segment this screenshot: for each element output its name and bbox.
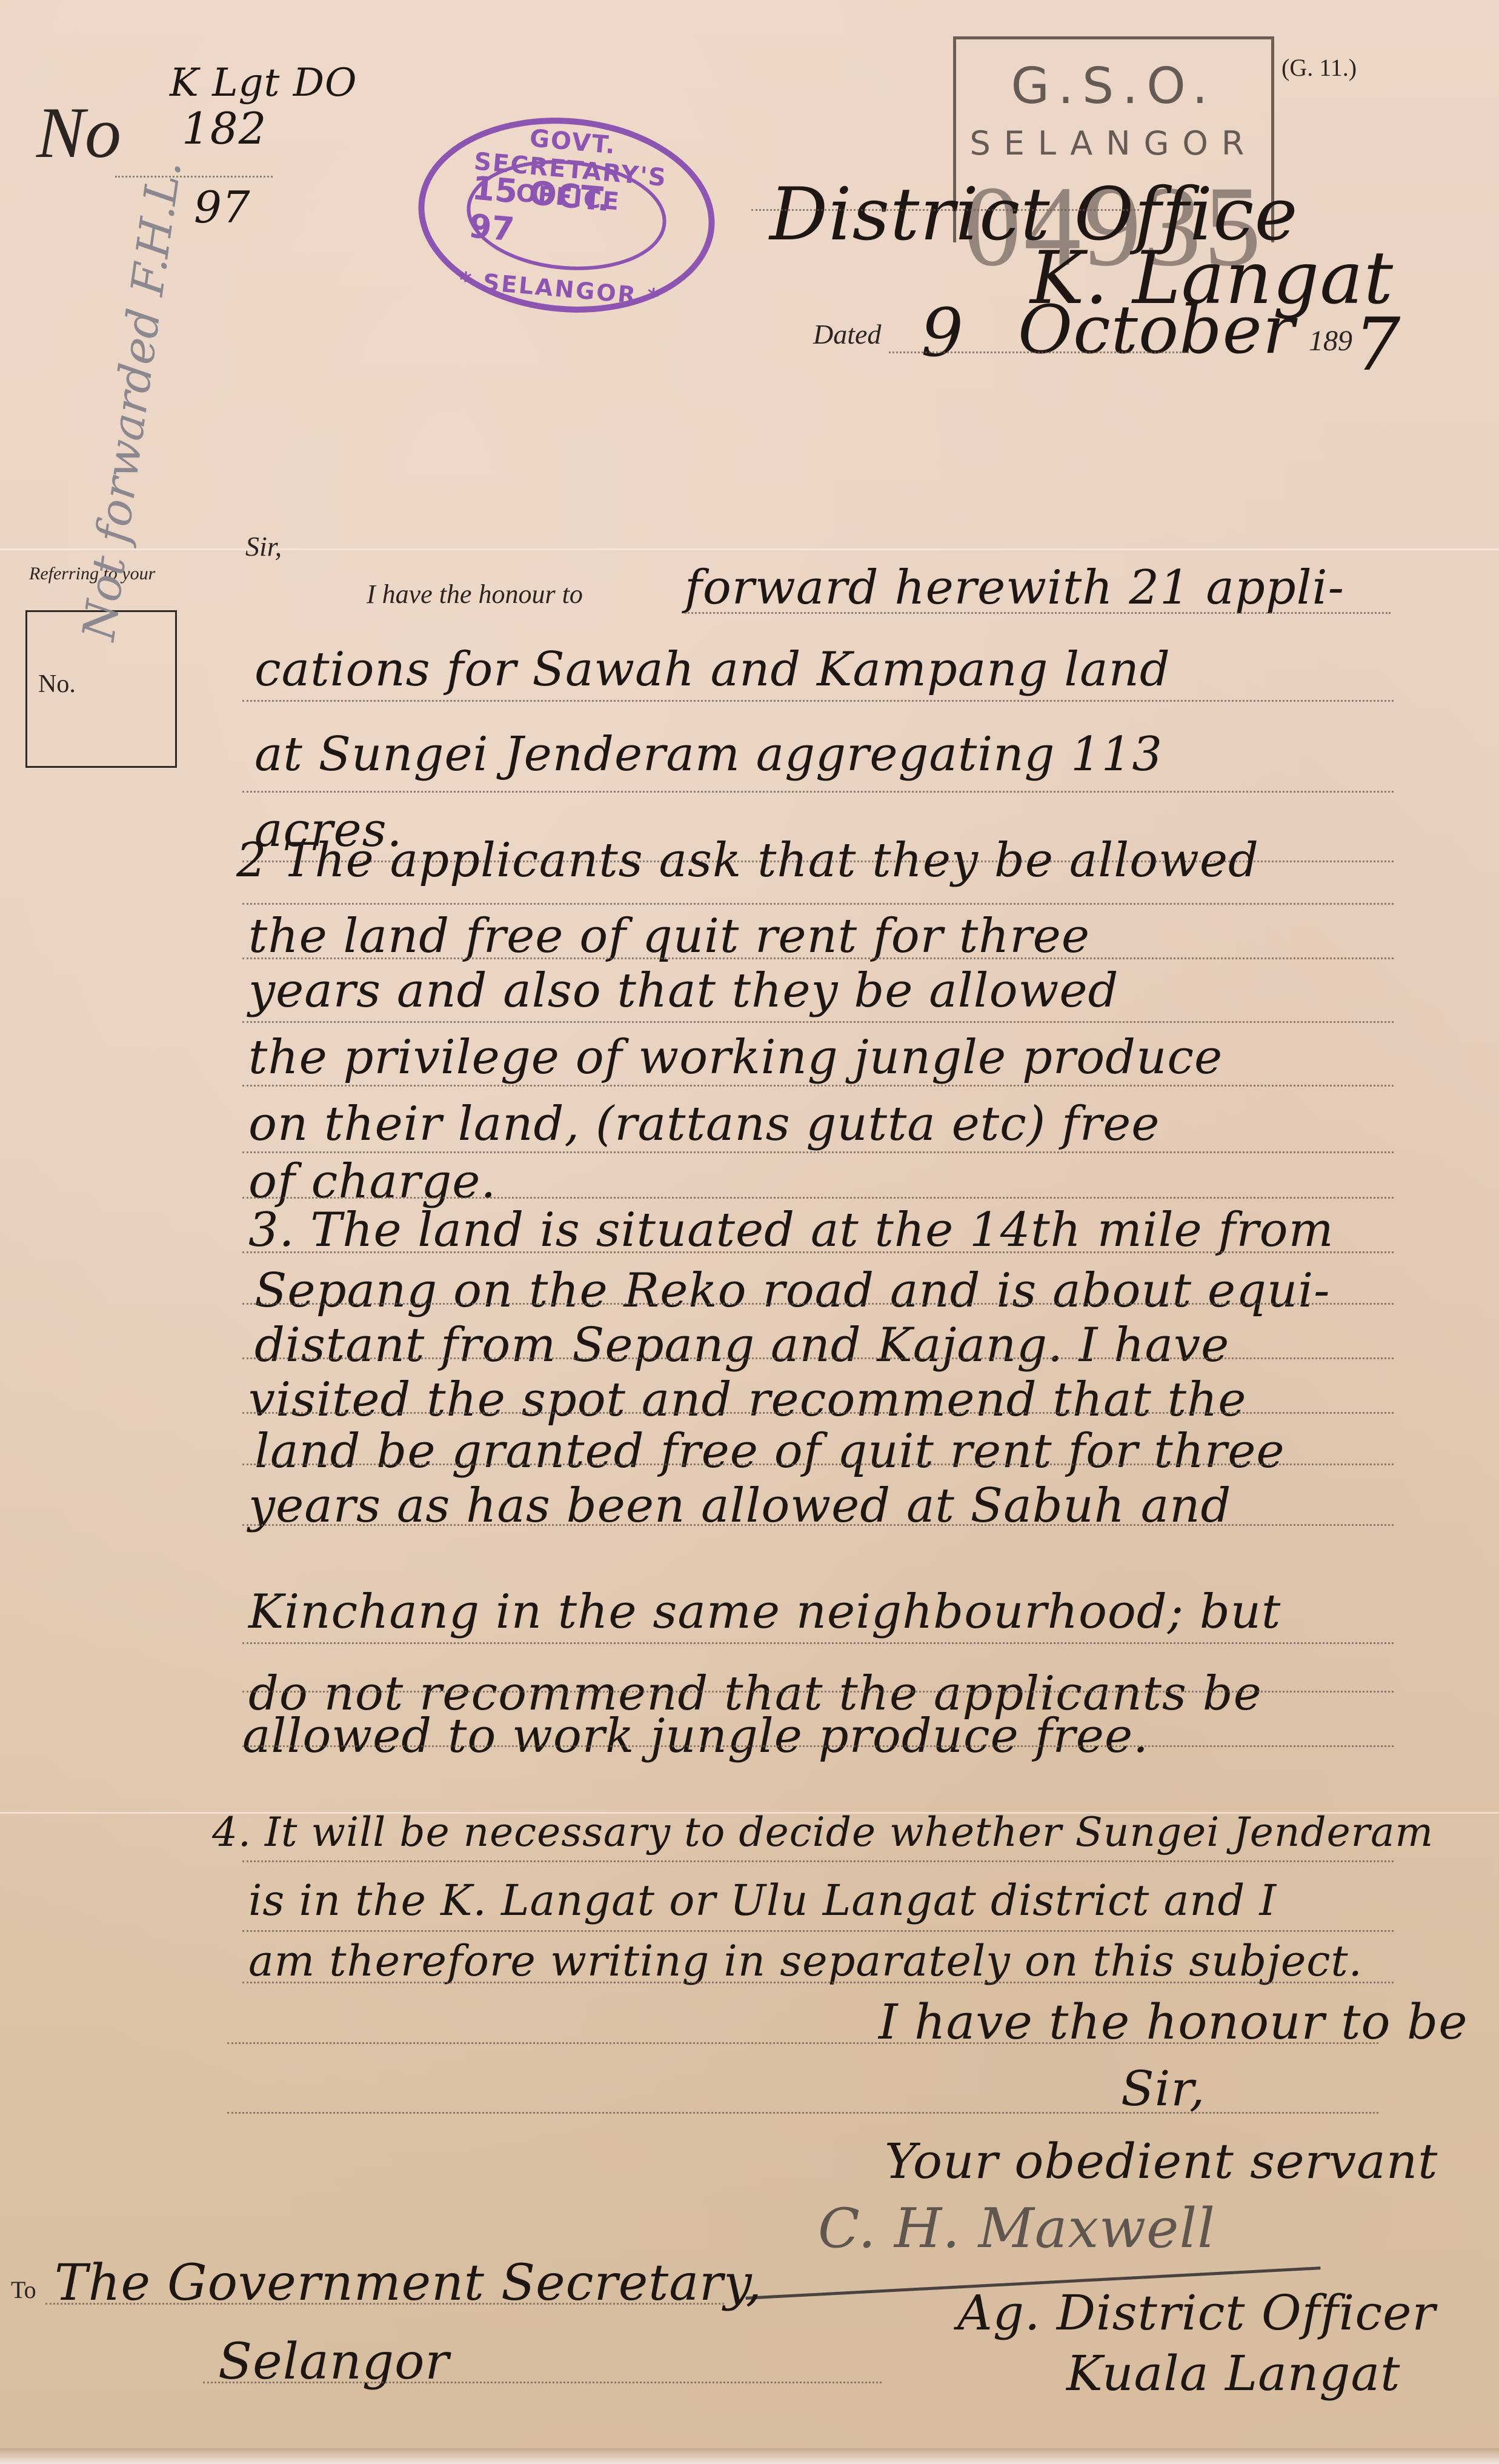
- body-line: of charge.: [248, 1154, 496, 1209]
- ruled-line: [242, 791, 1394, 793]
- body-line: forward herewith 21 appli-: [685, 561, 1344, 615]
- ruled-line: [685, 612, 1391, 614]
- body-line: 4. It will be necessary to decide whethe…: [212, 1809, 1434, 1856]
- ruled-line: [242, 1303, 1394, 1305]
- ref-no-label: No.: [38, 670, 76, 699]
- ruled-line: [45, 2303, 724, 2305]
- ruled-line: [242, 1860, 1394, 1862]
- date-year-handwritten: 7: [1354, 303, 1401, 387]
- officer-place: Kuala Langat: [1066, 2345, 1400, 2402]
- form-code: (G. 11.): [1281, 53, 1357, 82]
- ruled-line: [242, 1691, 1394, 1693]
- ruled-line: [242, 1357, 1394, 1359]
- closing-sir: Sir,: [1121, 2060, 1205, 2117]
- ruled-line: [242, 957, 1394, 959]
- ruled-line: [203, 2382, 882, 2383]
- ruled-line: [242, 1524, 1394, 1526]
- reference-numerator: 182: [182, 103, 267, 154]
- date-year-printed: 189: [1309, 324, 1352, 358]
- ruled-line: [242, 1982, 1394, 1983]
- body-line: 2 The applicants ask that they be allowe…: [236, 833, 1259, 888]
- body-line: years and also that they be allowed: [248, 964, 1118, 1018]
- address-line: [751, 209, 1139, 211]
- ruled-line: [242, 1642, 1394, 1644]
- ruled-line: [242, 903, 1394, 905]
- ruled-line: [227, 2112, 1378, 2114]
- signature: C. H. Maxwell: [818, 2197, 1215, 2260]
- registry-subtitle: SELANGOR: [956, 124, 1271, 162]
- ruled-line: [242, 700, 1394, 702]
- body-line: Kinchang in the same neighbourhood; but: [248, 1585, 1281, 1639]
- ruled-line: [242, 1085, 1394, 1087]
- officer-title: Ag. District Officer: [957, 2285, 1436, 2341]
- ruled-line: [242, 1930, 1394, 1932]
- registry-title: G.S.O.: [956, 58, 1271, 115]
- body-line: on their land, (rattans gutta etc) free: [248, 1097, 1160, 1151]
- ruled-line: [242, 1021, 1394, 1023]
- salutation: Sir,: [245, 530, 282, 562]
- reference-annotation: K Lgt DO: [170, 61, 357, 105]
- ruled-line: [242, 1197, 1394, 1199]
- ruled-line: [242, 1463, 1394, 1465]
- date-day: 9: [921, 294, 964, 371]
- ruled-line: [242, 1251, 1394, 1253]
- reference-denominator: 97: [194, 182, 251, 233]
- stamp-date: 15 OCT. 97: [467, 168, 666, 261]
- body-line: land be granted free of quit rent for th…: [254, 1424, 1285, 1479]
- ruled-line: [242, 1412, 1394, 1414]
- body-line: the land free of quit rent for three: [248, 909, 1090, 964]
- dated-label: Dated: [813, 318, 881, 350]
- received-stamp: GOVT. SECRETARY'S OFFICE 15 OCT. 97 * SE…: [410, 105, 723, 324]
- number-prefix: No: [36, 91, 121, 175]
- date-month: October: [1018, 291, 1295, 368]
- printed-opening: I have the honour to: [367, 579, 583, 610]
- body-line: the privilege of working jungle produce: [248, 1030, 1223, 1085]
- body-line: visited the spot and recommend that the: [248, 1373, 1246, 1427]
- fold-crease: [0, 548, 1499, 550]
- body-line: is in the K. Langat or Ulu Langat distri…: [248, 1876, 1277, 1925]
- body-line: cations for Sawah and Kampang land: [254, 642, 1171, 697]
- to-label: To: [11, 2276, 36, 2304]
- body-line: allowed to work jungle produce free.: [242, 1709, 1149, 1763]
- ruled-line: [227, 2042, 1378, 2044]
- body-line: 3. The land is situated at the 14th mile…: [248, 1203, 1334, 1257]
- ruled-line: [242, 1745, 1394, 1747]
- ruled-line: [242, 1151, 1394, 1153]
- date-line: [889, 351, 1189, 353]
- body-line: at Sungei Jenderam aggregating 113: [254, 727, 1163, 782]
- body-line: distant from Sepang and Kajang. I have: [254, 1318, 1229, 1373]
- closing-servant: Your obedient servant: [885, 2133, 1438, 2189]
- body-line: am therefore writing in separately on th…: [248, 1936, 1363, 1986]
- body-line: Sepang on the Reko road and is about equ…: [254, 1264, 1331, 1318]
